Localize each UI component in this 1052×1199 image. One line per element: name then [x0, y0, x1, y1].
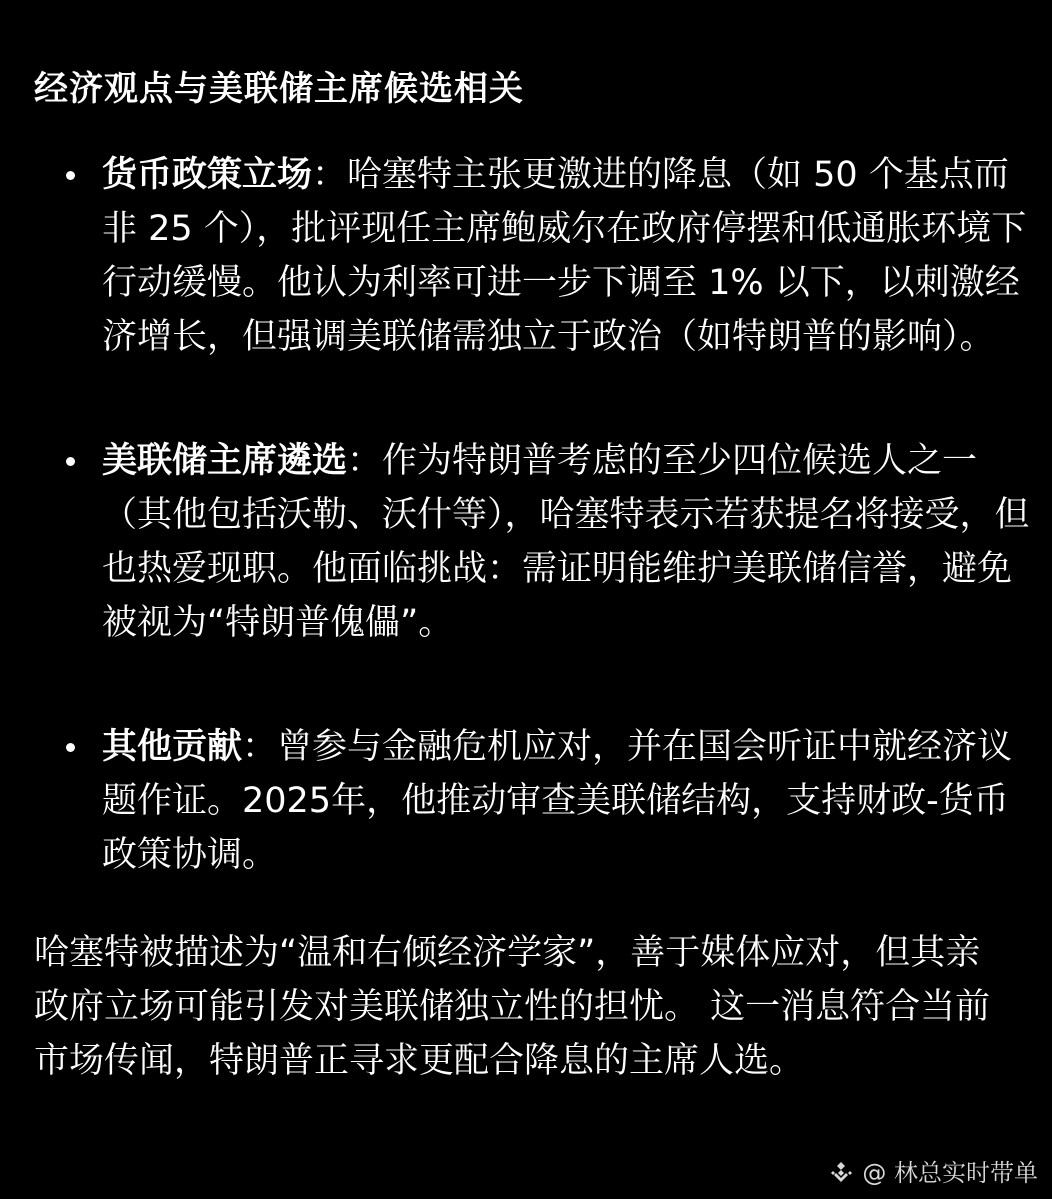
- binance-logo-icon: [828, 1160, 854, 1186]
- bullet-dot-icon: [66, 457, 75, 466]
- bullet-dot-icon: [66, 171, 75, 180]
- watermark: @ 林总实时带单: [828, 1158, 1038, 1188]
- bullet-item-monetary-policy: 货币政策立场：哈塞特主张更激进的降息（如 50 个基点而非 25 个），批评现任…: [60, 148, 1030, 418]
- watermark-text: @ 林总实时带单: [862, 1158, 1038, 1188]
- bullet-lead: 货币政策立场: [102, 155, 312, 195]
- bullet-separator: ：: [347, 441, 382, 481]
- bullet-dot-icon: [66, 743, 75, 752]
- document-page: 经济观点与美联储主席候选相关 货币政策立场：哈塞特主张更激进的降息（如 50 个…: [0, 0, 1052, 1199]
- bullet-list: 货币政策立场：哈塞特主张更激进的降息（如 50 个基点而非 25 个），批评现任…: [60, 148, 1030, 898]
- bullet-item-other-contributions: 其他贡献：曾参与金融危机应对，并在国会听证中就经济议题作证。2025年，他推动审…: [60, 720, 1030, 882]
- bullet-separator: ：: [312, 155, 347, 195]
- bullet-lead: 其他贡献: [102, 727, 242, 767]
- bullet-lead: 美联储主席遴选: [102, 441, 347, 481]
- bullet-separator: ：: [242, 727, 277, 767]
- section-title: 经济观点与美联储主席候选相关: [34, 66, 524, 112]
- bullet-item-fed-chair-selection: 美联储主席遴选：作为特朗普考虑的至少四位候选人之一（其他包括沃勒、沃什等），哈塞…: [60, 434, 1030, 704]
- summary-paragraph: 哈塞特被描述为“温和右倾经济学家”，善于媒体应对，但其亲政府立场可能引发对美联储…: [34, 926, 994, 1088]
